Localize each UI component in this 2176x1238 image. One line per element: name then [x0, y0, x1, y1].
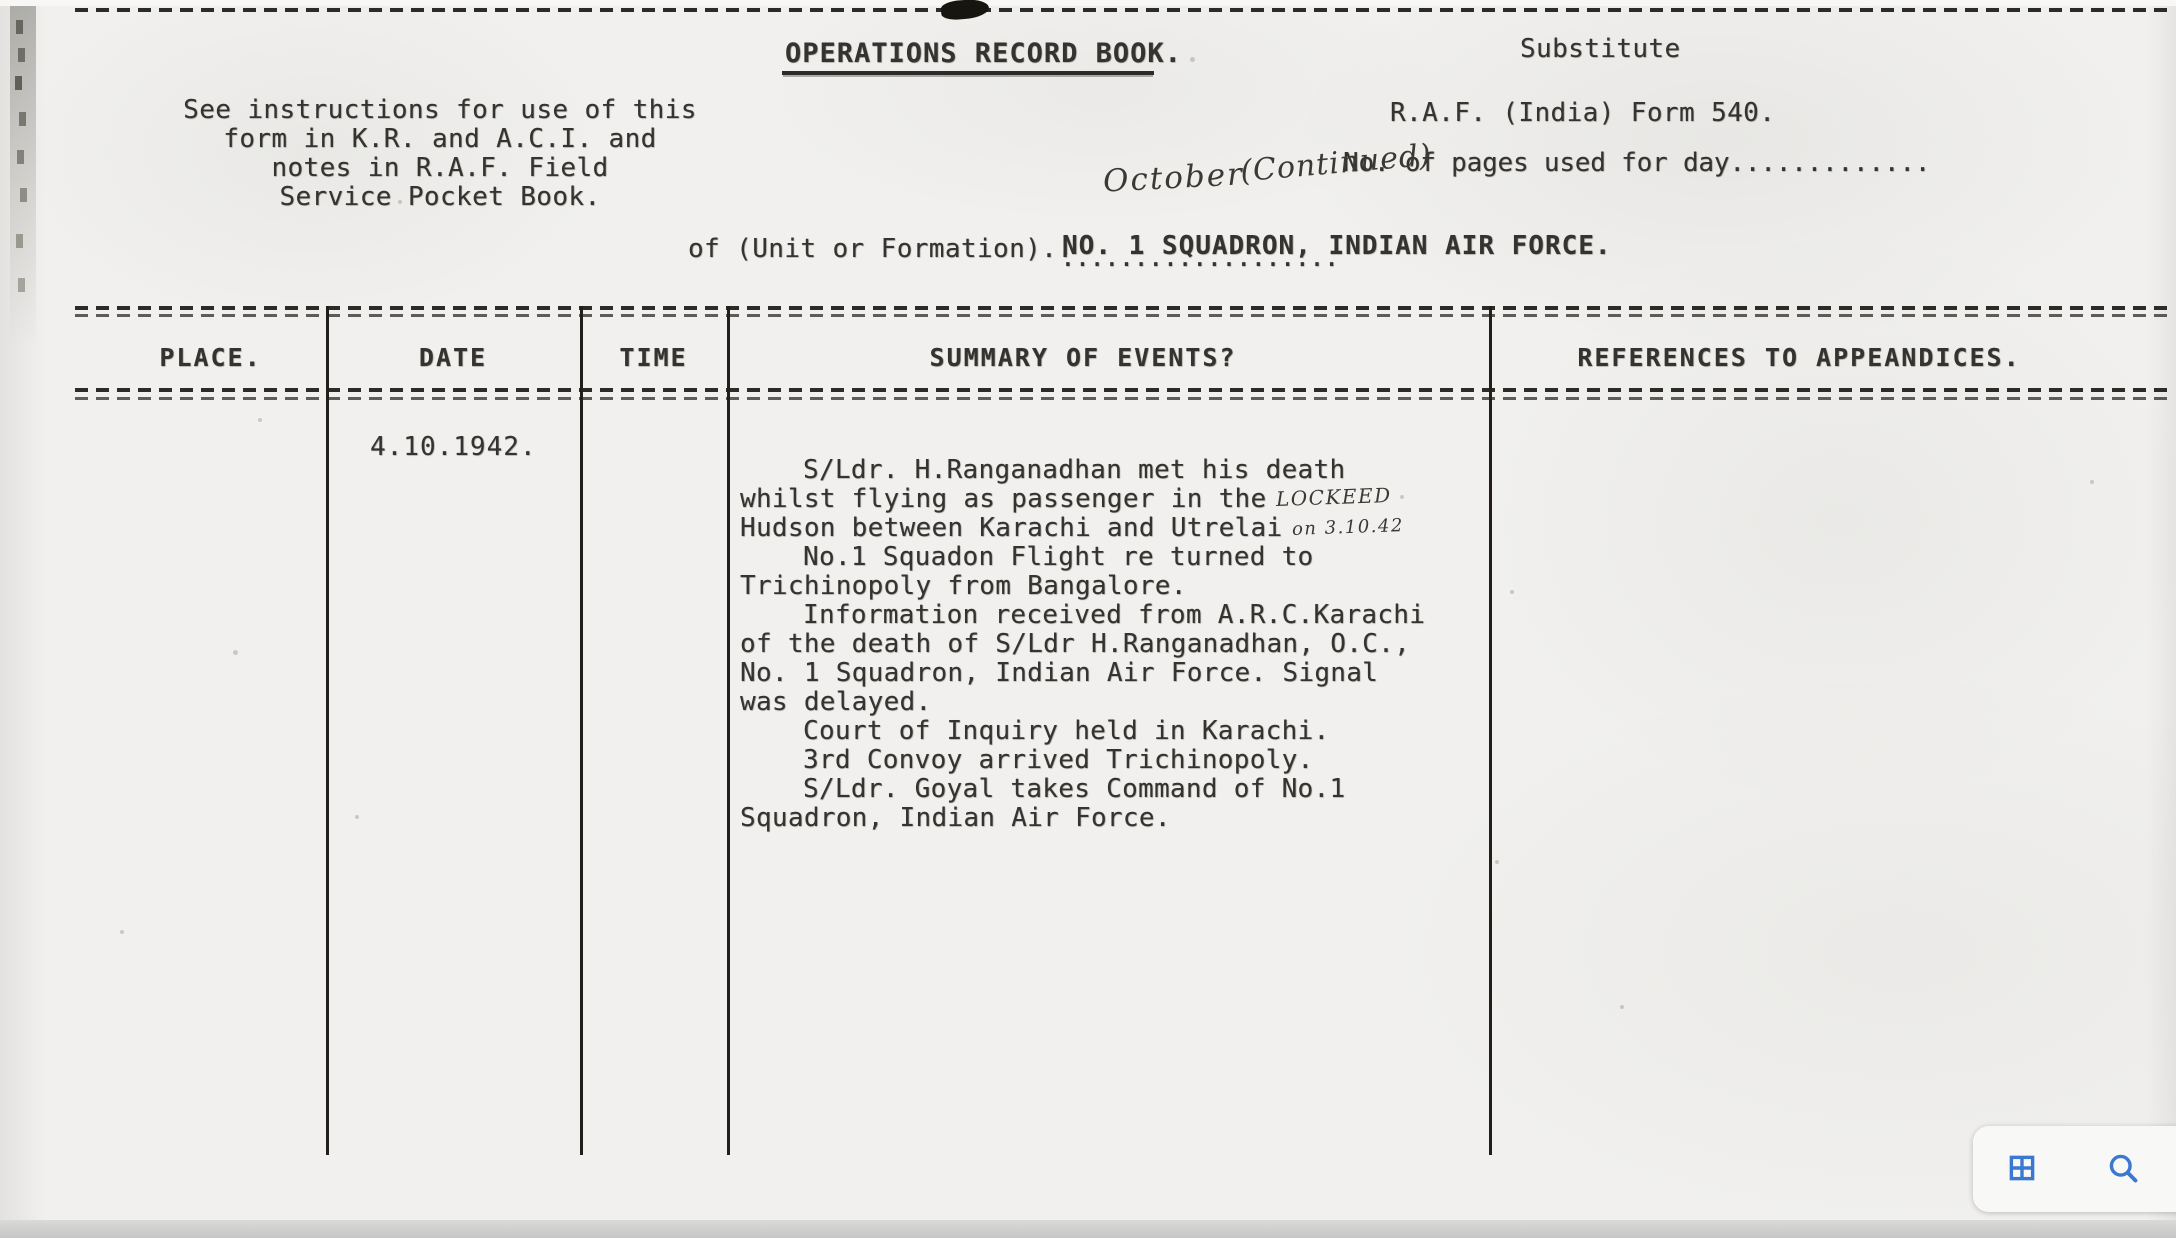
scanned-paper: OPERATIONS RECORD BOOK. Substitute See i… [0, 0, 2176, 1238]
speck [1510, 590, 1514, 594]
speck [1620, 1005, 1624, 1009]
table-top-rule-2 [75, 314, 2168, 317]
summary-text: No.1 Squadon Flight re turned to [803, 542, 1314, 572]
summary-text: was delayed. [740, 687, 931, 717]
summary-line: of the death of S/Ldr H.Ranganadhan, O.C… [740, 629, 1410, 659]
summary-line: Court of Inquiry held in Karachi. [803, 716, 1329, 746]
summary-line: S/Ldr. H.Ranganadhan met his death [803, 455, 1345, 485]
substitute-label: Substitute [1520, 34, 1681, 64]
summary-text: Hudson between Karachi and Utrelai [740, 513, 1282, 543]
summary-line: Hudson between Karachi and Utrelaion 3.1… [740, 513, 1404, 543]
instructions-note: See instructions for use of this form in… [160, 96, 720, 212]
date-cell: 4.10.1942. [370, 432, 537, 462]
column-header-references: REFERENCES TO APPEANDICES. [1489, 343, 2109, 372]
summary-text: whilst flying as passenger in the [740, 484, 1266, 514]
unit-dotted-line: ................... [1060, 243, 1338, 273]
summary-line: whilst flying as passenger in theLOCKEED [740, 484, 1392, 514]
summary-line: No.1 Squadon Flight re turned to [803, 542, 1314, 572]
speck [233, 650, 238, 655]
grid-view-icon [2005, 1151, 2039, 1188]
document-title: OPERATIONS RECORD BOOK. [785, 38, 1182, 69]
zoom-button[interactable] [2099, 1145, 2147, 1193]
summary-line: Information received from A.R.C.Karachi [803, 600, 1425, 630]
speck [258, 418, 262, 422]
table-header-rule-2 [75, 397, 2168, 400]
summary-text: Trichinopoly from Bangalore. [740, 571, 1187, 601]
table-column-divider [727, 306, 730, 1155]
handwritten-annotation: LOCKEED [1276, 483, 1392, 511]
instructions-line: See instructions for use of this [160, 96, 720, 125]
table-top-rule [75, 306, 2168, 310]
column-header-date: DATE [326, 343, 580, 372]
viewer-toolbar [1973, 1126, 2176, 1212]
title-underline [782, 71, 1154, 75]
summary-text: Squadron, Indian Air Force. [740, 803, 1171, 833]
summary-text: S/Ldr. Goyal takes Command of No.1 [803, 774, 1345, 804]
summary-line: was delayed. [740, 687, 931, 717]
instructions-line: notes in R.A.F. Field [160, 154, 720, 183]
instructions-line: Service Pocket Book. [160, 183, 720, 212]
table-column-divider [326, 306, 329, 1155]
speck [1400, 495, 1404, 499]
magnifier-icon [2105, 1150, 2141, 1189]
summary-line: No. 1 Squadron, Indian Air Force. Signal [740, 658, 1378, 688]
speck [1190, 57, 1195, 62]
speck [2090, 480, 2094, 484]
speck [120, 930, 124, 934]
column-header-summary: SUMMARY OF EVENTS? [727, 343, 1439, 372]
scan-bottom-edge [0, 1220, 2176, 1238]
table-column-divider [1489, 306, 1492, 1155]
summary-line: S/Ldr. Goyal takes Command of No.1 [803, 774, 1345, 804]
unit-formation-label: of (Unit or Formation).. [688, 234, 1073, 264]
scan-top-edge [0, 0, 2176, 6]
table-column-divider [580, 306, 583, 1155]
handwritten-annotation: on 3.10.42 [1292, 515, 1405, 540]
summary-text: of the death of S/Ldr H.Ranganadhan, O.C… [740, 629, 1410, 659]
page-top-dashed-rule [75, 8, 2168, 12]
summary-text: No. 1 Squadron, Indian Air Force. Signal [740, 658, 1378, 688]
ink-blot [940, 0, 989, 21]
summary-line: Trichinopoly from Bangalore. [740, 571, 1187, 601]
handwritten-continued: (Continued) [1239, 138, 1433, 190]
table-header-rule [75, 388, 2168, 392]
summary-text: 3rd Convoy arrived Trichinopoly. [803, 745, 1314, 775]
column-header-place: PLACE. [95, 343, 326, 372]
handwritten-month: October [1102, 156, 1245, 199]
scan-left-edge [10, 6, 36, 346]
summary-text: Information received from A.R.C.Karachi [803, 600, 1425, 630]
summary-text: S/Ldr. H.Ranganadhan met his death [803, 455, 1345, 485]
summary-line: Squadron, Indian Air Force. [740, 803, 1171, 833]
summary-text: Court of Inquiry held in Karachi. [803, 716, 1329, 746]
speck [1495, 860, 1499, 864]
document-scan-page: OPERATIONS RECORD BOOK. Substitute See i… [0, 0, 2176, 1238]
summary-line: 3rd Convoy arrived Trichinopoly. [803, 745, 1314, 775]
grid-view-button[interactable] [1998, 1145, 2046, 1193]
margin-pencil-marks [16, 20, 23, 34]
speck [355, 815, 359, 819]
instructions-line: form in K.R. and A.C.I. and [160, 125, 720, 154]
column-header-time: TIME [580, 343, 727, 372]
form-reference: R.A.F. (India) Form 540. [1390, 98, 1775, 128]
